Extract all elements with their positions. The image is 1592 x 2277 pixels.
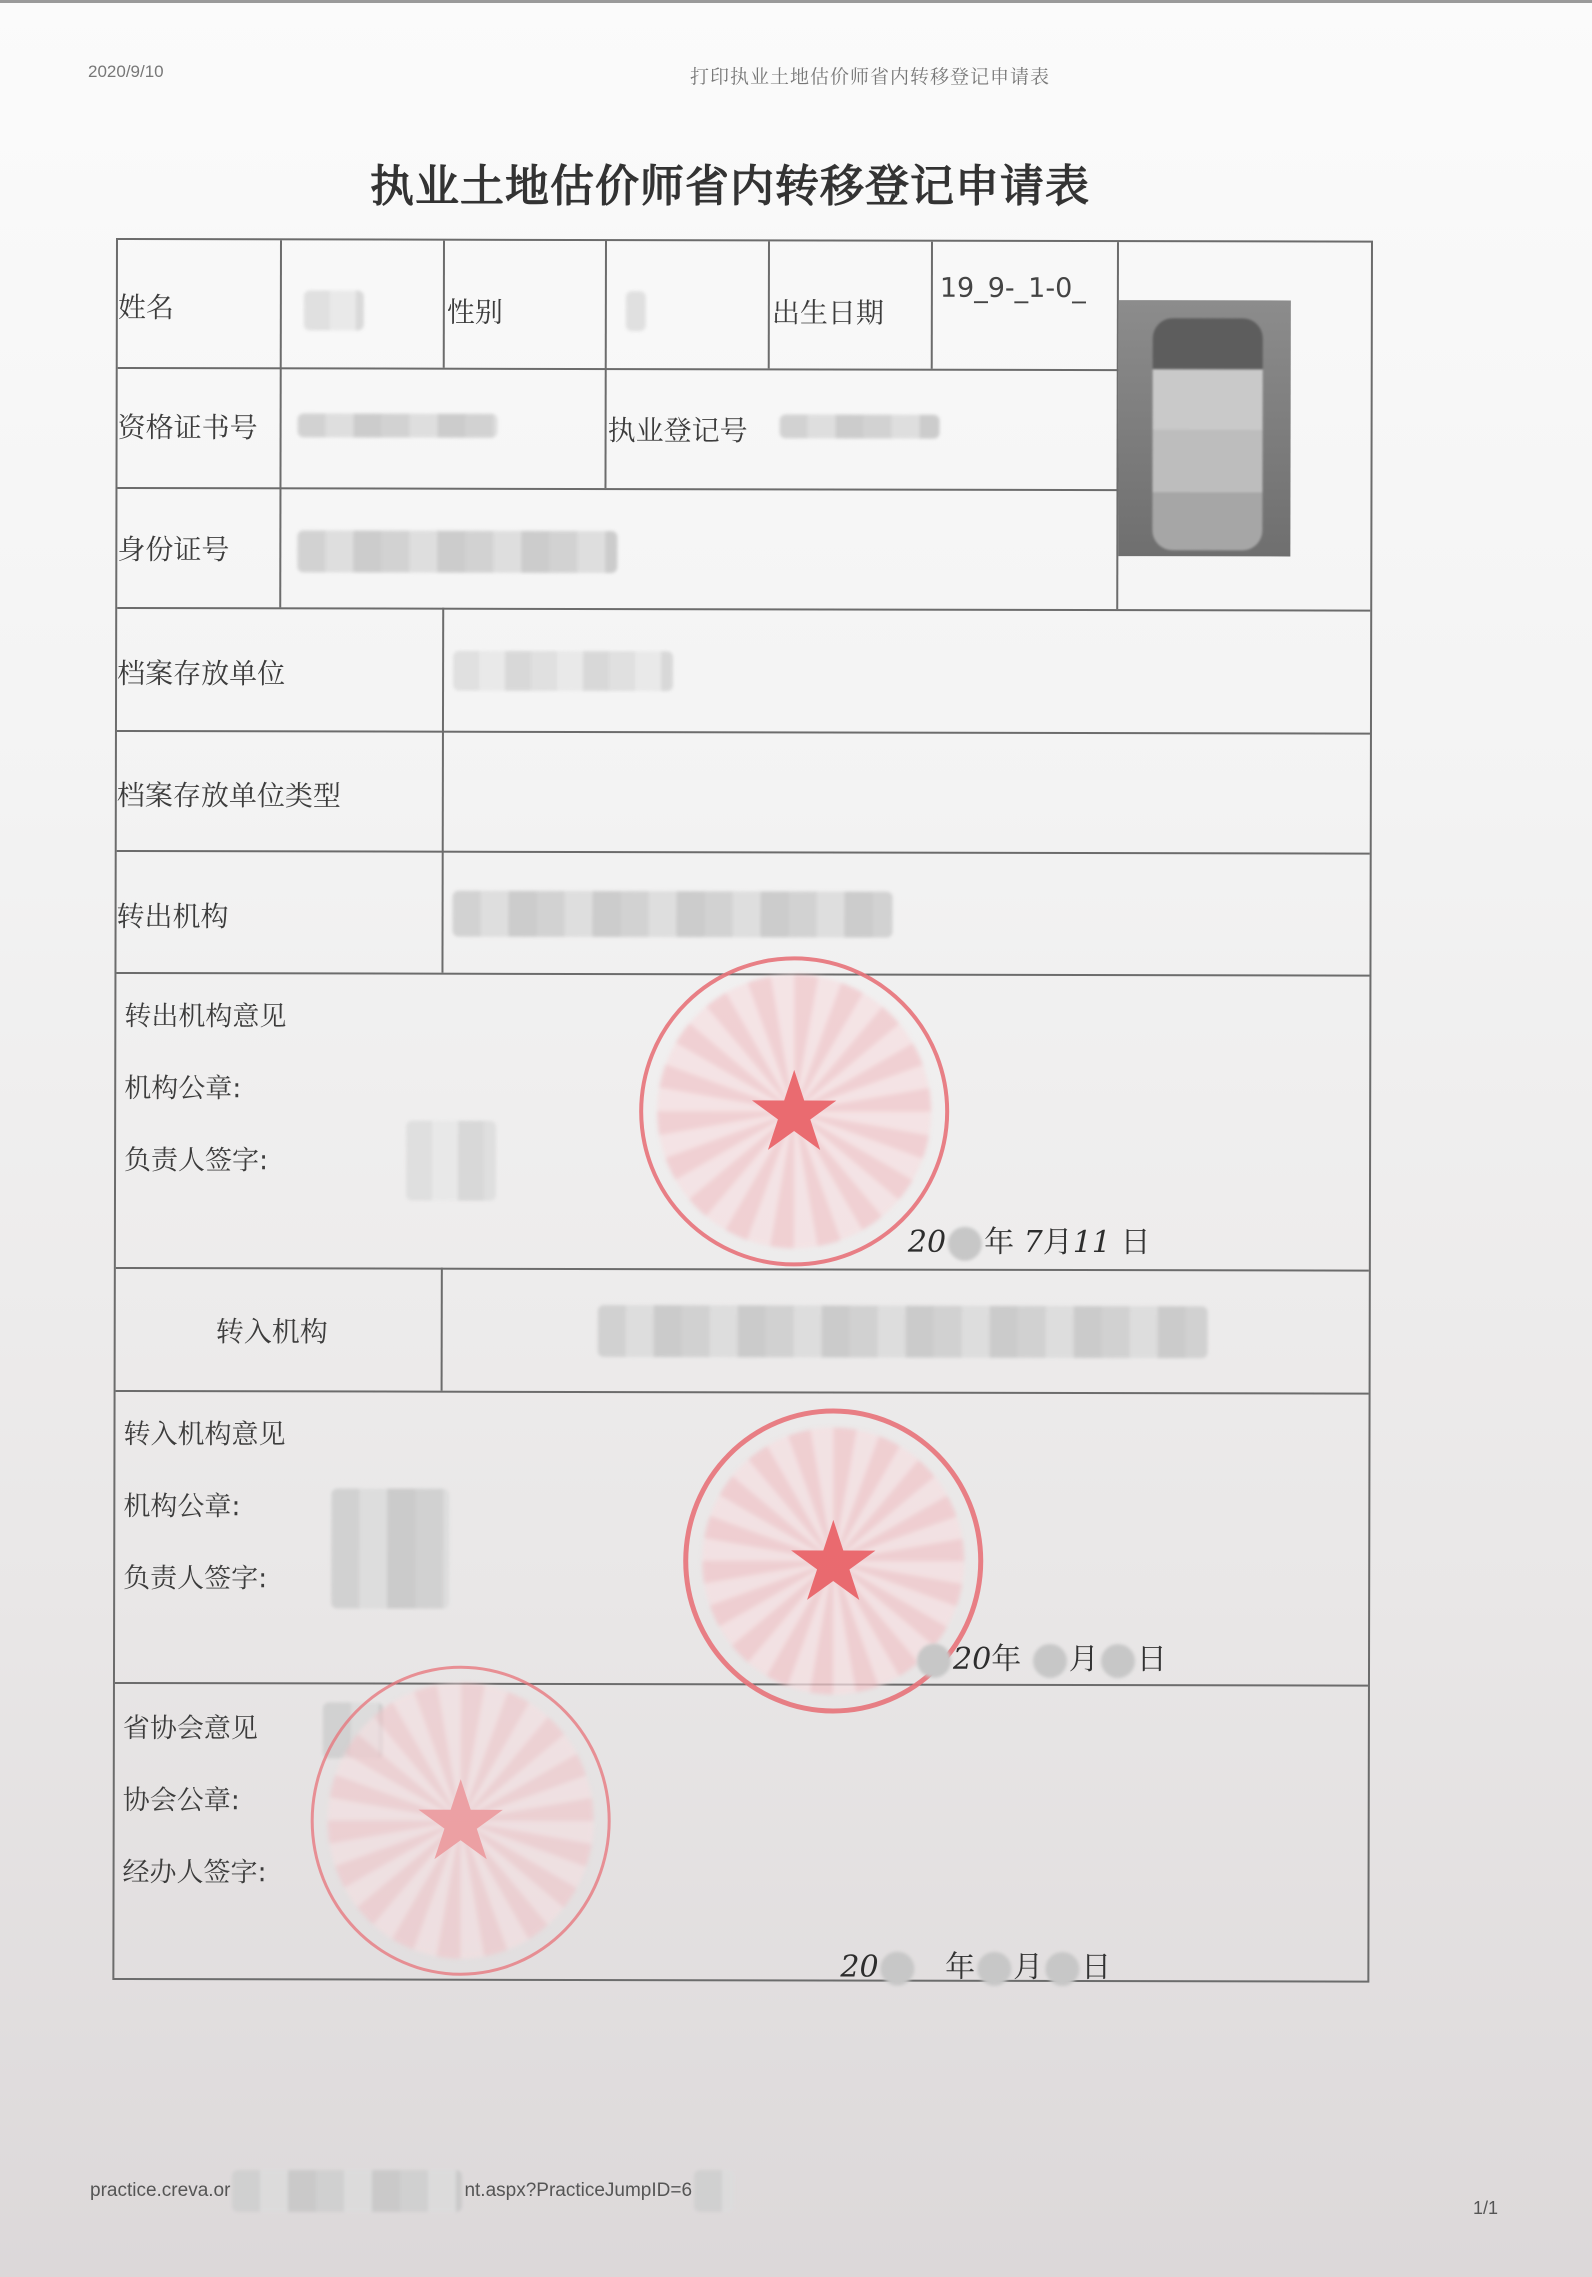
seal-star-icon: ★ (745, 1056, 844, 1166)
province-association-opinion-heading: 省协会意见 (123, 1706, 258, 1745)
birth-date-value: 19_9-_1-0_ (940, 272, 1090, 306)
handler-signature-label: 经办人签字: (123, 1850, 267, 1889)
print-page-title: 打印执业土地估价师省内转移登记申请表 (690, 62, 1050, 89)
application-form-table: 姓名 性别 出生日期 19_9-_1-0_ 资格证书号 执业登记号 身份证号 档… (112, 238, 1373, 1983)
province-association-seal: ★ (310, 1665, 611, 1976)
transfer-out-date: 20年 7月11 日 (908, 1217, 1151, 1262)
seal-star-icon: ★ (411, 1766, 510, 1876)
archive-unit-type-label: 档案存放单位类型 (117, 774, 341, 814)
print-date: 2020/9/10 (88, 62, 164, 82)
page-number: 1/1 (1473, 2198, 1498, 2219)
seal-star-icon: ★ (784, 1506, 883, 1616)
association-seal-label: 协会公章: (123, 1778, 240, 1817)
photo-top-edge (0, 0, 1592, 3)
redacted-photo-icon (1152, 318, 1262, 550)
url-id-redacted (694, 2170, 734, 2212)
transfer-out-signature-redacted (406, 1121, 496, 1201)
birth-date-label: 出生日期 (772, 291, 884, 331)
document-title: 执业土地估价师省内转移登记申请表 (370, 150, 1090, 214)
archive-unit-label: 档案存放单位 (117, 652, 285, 692)
qualification-cert-value-redacted (298, 413, 498, 437)
gender-value-redacted (626, 291, 646, 331)
name-label: 姓名 (118, 286, 174, 326)
registration-no-value-redacted (780, 414, 940, 438)
transfer-out-org-value-redacted (453, 891, 893, 938)
transfer-in-org-value-redacted (598, 1305, 1208, 1358)
transfer-in-signature-redacted (331, 1488, 449, 1608)
transfer-out-seal-label: 机构公章: (124, 1066, 241, 1105)
qualification-cert-label: 资格证书号 (118, 406, 258, 446)
archive-unit-value-redacted (453, 651, 673, 691)
transfer-out-opinion-heading: 转出机构意见 (124, 994, 286, 1033)
transfer-out-org-label: 转出机构 (117, 895, 229, 935)
transfer-in-seal-label: 机构公章: (123, 1484, 240, 1523)
transfer-in-date: 20年 月日 (915, 1634, 1167, 1679)
id-number-value-redacted (297, 530, 617, 573)
province-association-date: 20 年月日 (840, 1942, 1111, 1987)
transfer-in-signature-label: 负责人签字: (123, 1556, 267, 1595)
transfer-out-org-seal: ★ (639, 956, 950, 1267)
transfer-out-signature-label: 负责人签字: (124, 1138, 268, 1177)
name-value-redacted (304, 290, 364, 330)
transfer-in-opinion-heading: 转入机构意见 (123, 1412, 285, 1451)
id-number-label: 身份证号 (117, 528, 229, 568)
registration-no-label: 执业登记号 (608, 409, 748, 449)
transfer-in-org-label: 转入机构 (216, 1310, 328, 1350)
print-footer-url: practice.creva.ornt.aspx?PracticeJumpID=… (90, 2170, 736, 2212)
url-redacted (232, 2170, 462, 2212)
gender-label: 性别 (447, 291, 503, 331)
id-photo (1118, 300, 1291, 556)
